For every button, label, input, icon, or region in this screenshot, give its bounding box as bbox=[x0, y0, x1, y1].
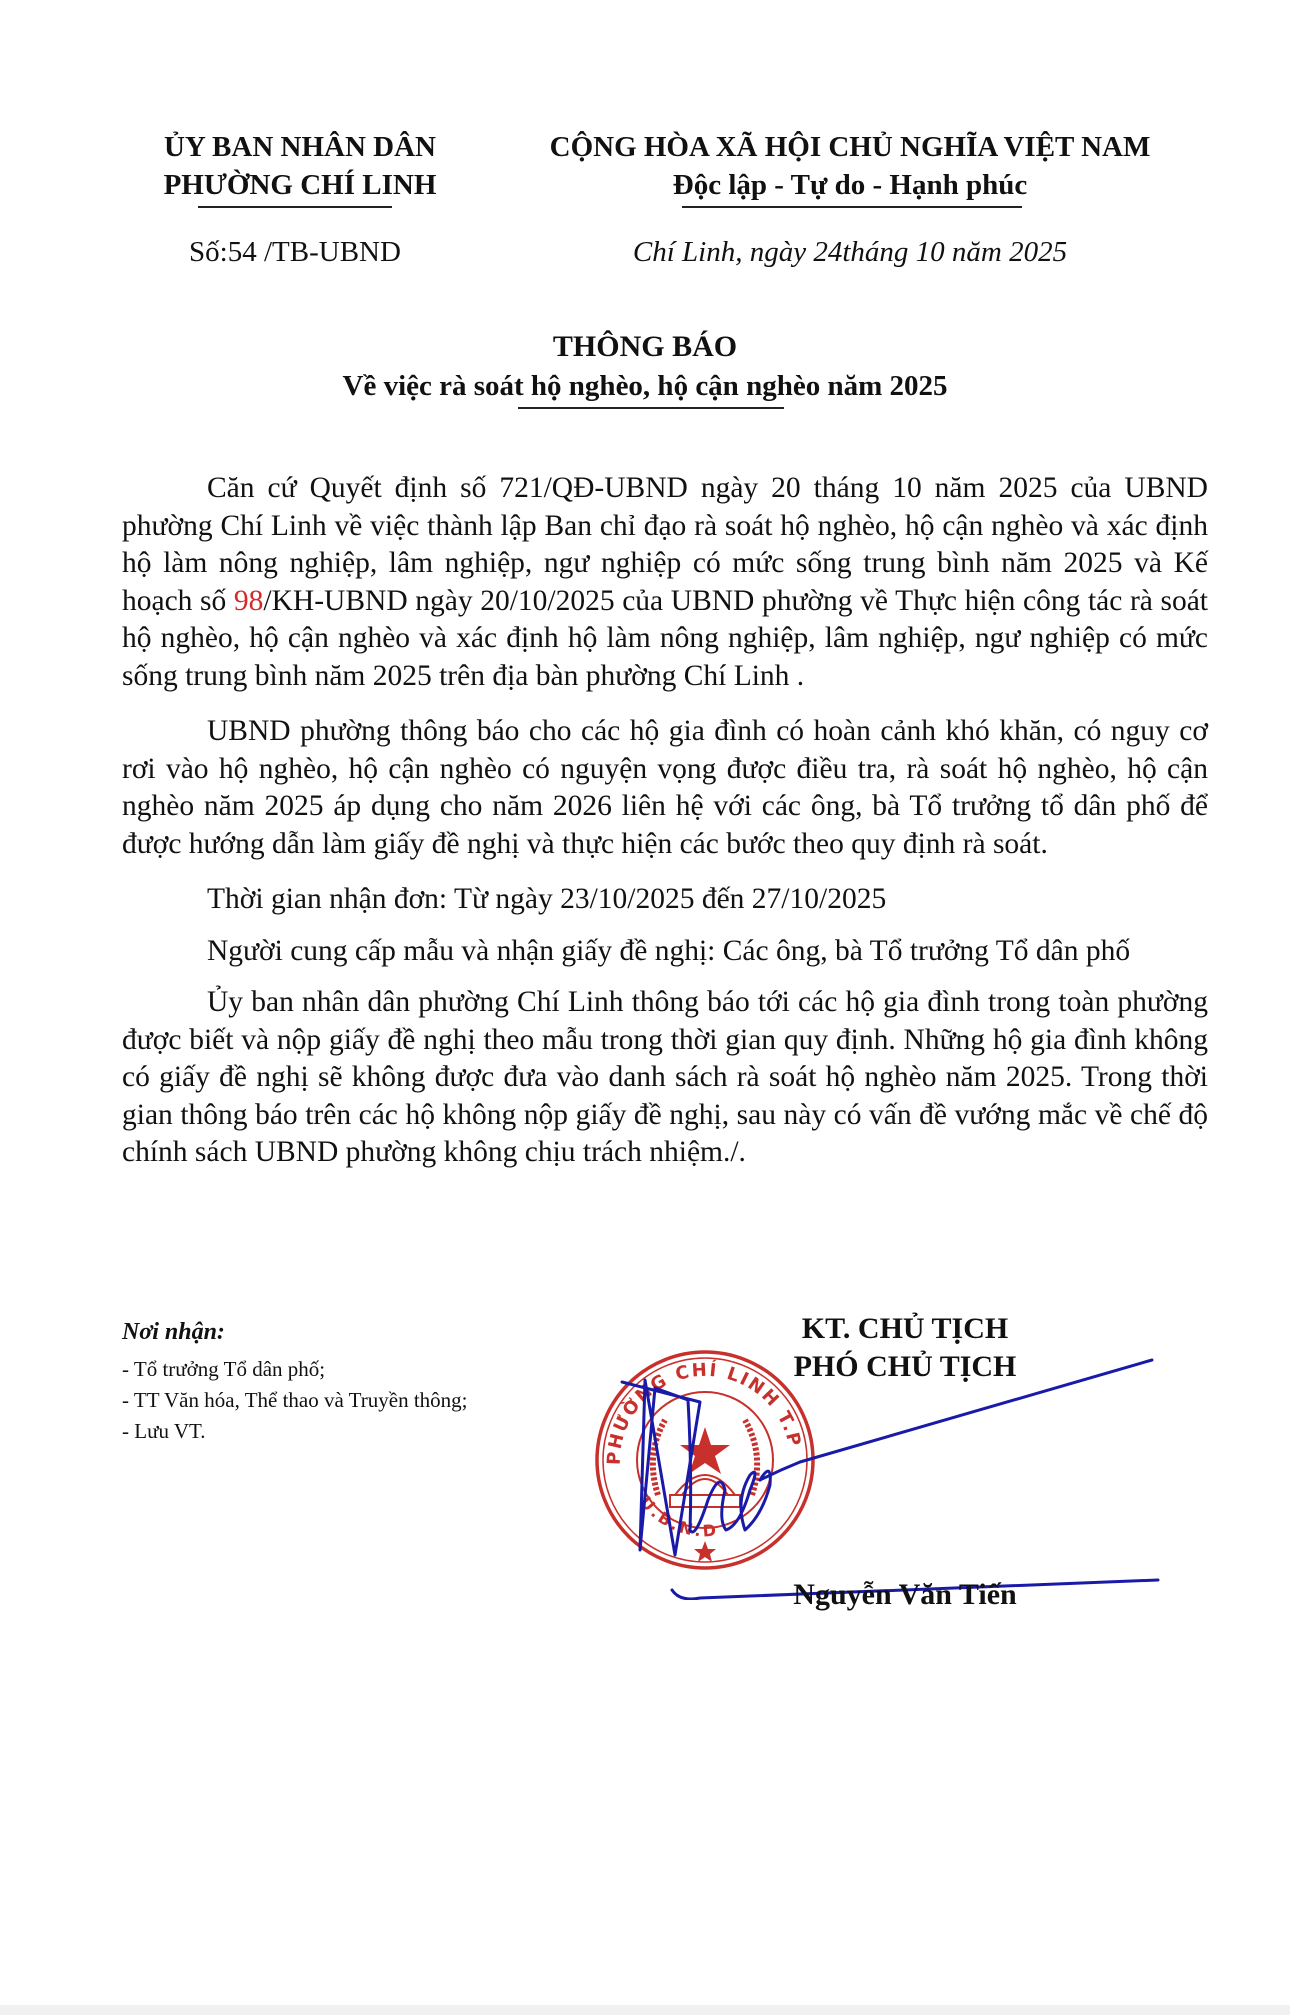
recipient-item: - Tổ trưởng Tổ dân phố; bbox=[122, 1354, 642, 1385]
paragraph-legal-basis: Căn cứ Quyết định số 721/QĐ-UBND ngày 20… bbox=[122, 470, 1208, 695]
agency-line-1: ỦY BAN NHÂN DÂN bbox=[120, 128, 480, 166]
place-and-date: Chí Linh, ngày 24tháng 10 năm 2025 bbox=[500, 236, 1200, 269]
document-number: Số:54 /TB-UBND bbox=[120, 236, 470, 269]
title-underline bbox=[518, 407, 784, 409]
paragraph-contact-person: Người cung cấp mẫu và nhận giấy đề nghị:… bbox=[122, 933, 1208, 971]
recipients-block: Nơi nhận: - Tổ trưởng Tổ dân phố; - TT V… bbox=[122, 1316, 642, 1447]
national-motto: CỘNG HÒA XÃ HỘI CHỦ NGHĨA VIỆT NAM Độc l… bbox=[500, 128, 1200, 208]
recipient-item: - TT Văn hóa, Thể thao và Truyền thông; bbox=[122, 1385, 642, 1416]
document-body: Căn cứ Quyết định số 721/QĐ-UBND ngày 20… bbox=[122, 470, 1208, 1190]
document-title: THÔNG BÁO Về việc rà soát hộ nghèo, hộ c… bbox=[0, 327, 1290, 409]
nation-line-2: Độc lập - Tự do - Hạnh phúc bbox=[500, 166, 1200, 204]
plan-number-highlight: 98 bbox=[234, 585, 264, 617]
paragraph-closing: Ủy ban nhân dân phường Chí Linh thông bá… bbox=[122, 984, 1208, 1172]
handwritten-signature-icon bbox=[600, 1340, 1160, 1600]
document-page: ỦY BAN NHÂN DÂN PHƯỜNG CHÍ LINH CỘNG HÒA… bbox=[0, 0, 1290, 2005]
motto-underline bbox=[682, 206, 1022, 208]
page-bottom-edge bbox=[0, 2005, 1290, 2015]
agency-line-2: PHƯỜNG CHÍ LINH bbox=[120, 166, 480, 204]
p1-text-after: /KH-UBND ngày 20/10/2025 của UBND phường… bbox=[122, 585, 1208, 692]
title-main: THÔNG BÁO bbox=[0, 327, 1290, 367]
recipients-title: Nơi nhận: bbox=[122, 1316, 642, 1348]
title-subtitle: Về việc rà soát hộ nghèo, hộ cận nghèo n… bbox=[0, 367, 1290, 405]
paragraph-announcement: UBND phường thông báo cho các hộ gia đìn… bbox=[122, 713, 1208, 863]
nation-line-1: CỘNG HÒA XÃ HỘI CHỦ NGHĨA VIỆT NAM bbox=[500, 128, 1200, 166]
paragraph-submission-period: Thời gian nhận đơn: Từ ngày 23/10/2025 đ… bbox=[122, 881, 1208, 919]
agency-underline bbox=[198, 206, 392, 208]
signer-name: Nguyễn Văn Tiến bbox=[700, 1578, 1110, 1612]
issuing-agency: ỦY BAN NHÂN DÂN PHƯỜNG CHÍ LINH bbox=[120, 128, 480, 208]
recipient-item: - Lưu VT. bbox=[122, 1416, 642, 1447]
